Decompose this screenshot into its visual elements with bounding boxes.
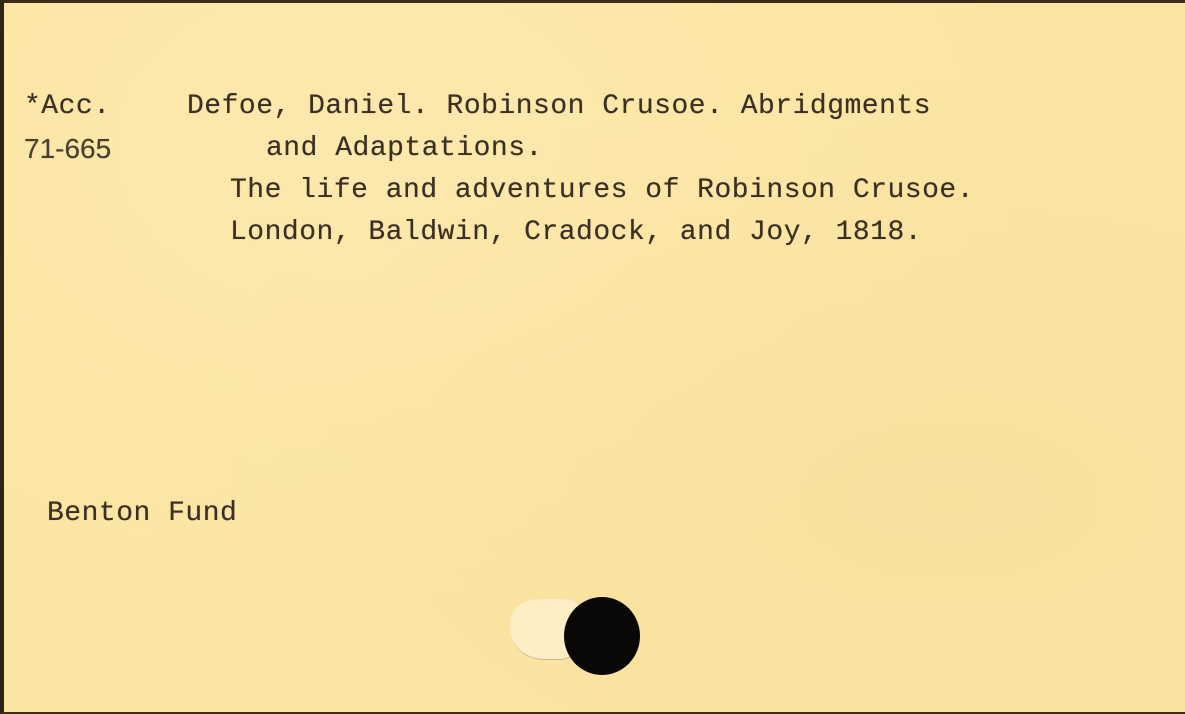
heading-continuation: and Adaptations. (266, 128, 543, 170)
fund-note: Benton Fund (47, 493, 237, 535)
title-line: The life and adventures of Robinson Crus… (230, 170, 974, 212)
accession-label: *Acc. (24, 86, 111, 128)
punch-hole-icon (564, 597, 640, 675)
imprint-line: London, Baldwin, Cradock, and Joy, 1818. (230, 212, 922, 254)
accession-number: 71-665 (24, 128, 111, 170)
catalog-card: *Acc. 71-665 Defoe, Daniel. Robinson Cru… (0, 0, 1185, 714)
heading-line: Defoe, Daniel. Robinson Crusoe. Abridgme… (187, 86, 931, 128)
